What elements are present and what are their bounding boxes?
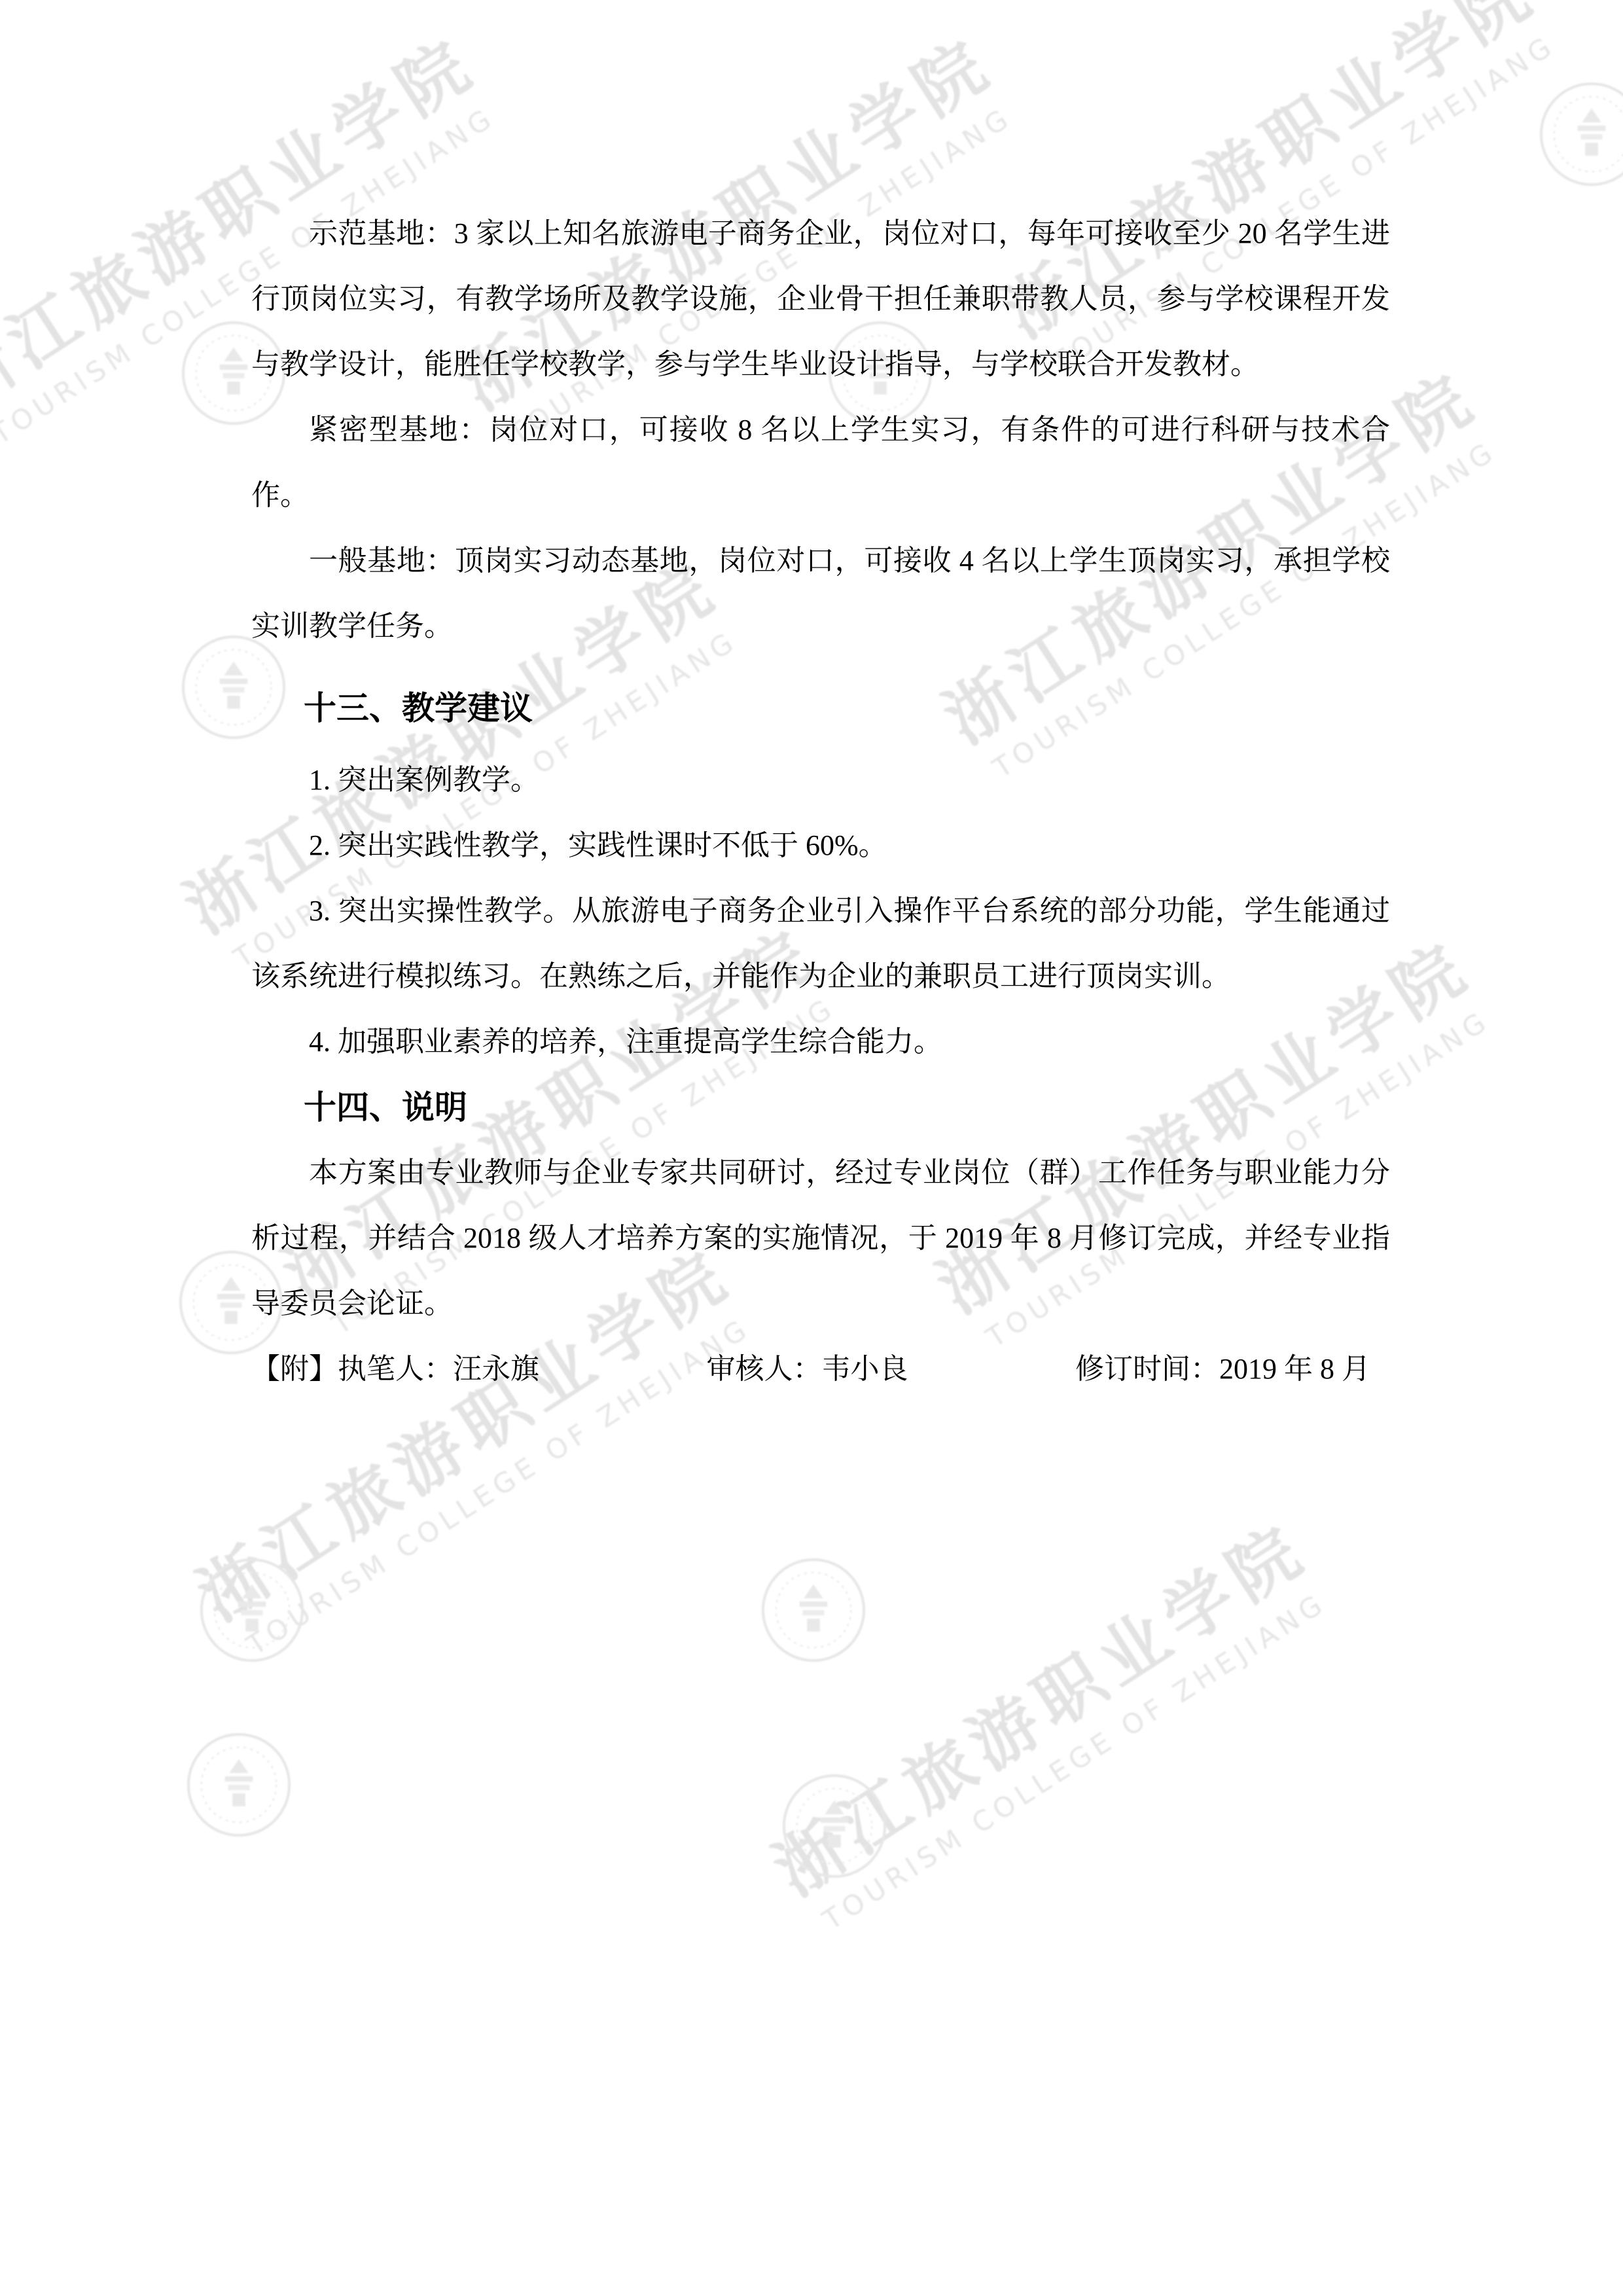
document-content: 示范基地：3 家以上知名旅游电子商务企业，岗位对口，每年可接收至少 20 名学生… <box>0 0 1623 1402</box>
paragraph-description: 本方案由专业教师与企业专家共同研讨，经过专业岗位（群）工作任务与职业能力分析过程… <box>251 1140 1390 1336</box>
list-item-2: 2. 突出实践性教学，实践性课时不低于 60%。 <box>251 813 1390 878</box>
paragraph-tight-base: 紧密型基地：岗位对口，可接收 8 名以上学生实习，有条件的可进行科研与技术合作。 <box>251 397 1390 528</box>
paragraph-demo-base: 示范基地：3 家以上知名旅游电子商务企业，岗位对口，每年可接收至少 20 名学生… <box>251 201 1390 397</box>
college-seal-icon <box>781 1772 888 1880</box>
list-item-3: 3. 突出实操性教学。从旅游电子商务企业引入操作平台系统的部分功能，学生能通过该… <box>251 878 1390 1009</box>
list-item-4: 4. 加强职业素养的培养，注重提高学生综合能力。 <box>251 1009 1390 1075</box>
document-page: 浙江旅游职业学院 TOURISM COLLEGE OF ZHEJIANG 浙江旅… <box>0 0 1623 2296</box>
watermark-cn-text: 浙江旅游职业学院 <box>742 1489 1334 1921</box>
attachment-reviewer: 审核人：韦小良 <box>707 1336 908 1402</box>
attachment-revision-date: 修订时间：2019 年 8 月 <box>1075 1336 1370 1402</box>
paragraph-general-base: 一般基地：顶岗实习动态基地，岗位对口，可接收 4 名以上学生顶岗实习，承担学校实… <box>251 528 1390 659</box>
college-seal-icon <box>185 1731 293 1839</box>
heading-section-13: 十三、教学建议 <box>251 675 1390 741</box>
attachment-author: 【附】执笔人：汪永旗 <box>251 1336 539 1402</box>
watermark-en-text: TOURISM COLLEGE OF ZHEJIANG <box>797 1573 1353 1950</box>
list-item-1: 1. 突出案例教学。 <box>251 747 1390 813</box>
watermark: 浙江旅游职业学院 TOURISM COLLEGE OF ZHEJIANG <box>742 1489 1352 1950</box>
attachment-note: 【附】执笔人：汪永旗 审核人：韦小良 修订时间：2019 年 8 月 <box>251 1336 1370 1402</box>
college-seal-icon <box>198 1556 306 1664</box>
college-seal-icon <box>760 1556 867 1664</box>
heading-section-14: 十四、说明 <box>251 1075 1390 1140</box>
